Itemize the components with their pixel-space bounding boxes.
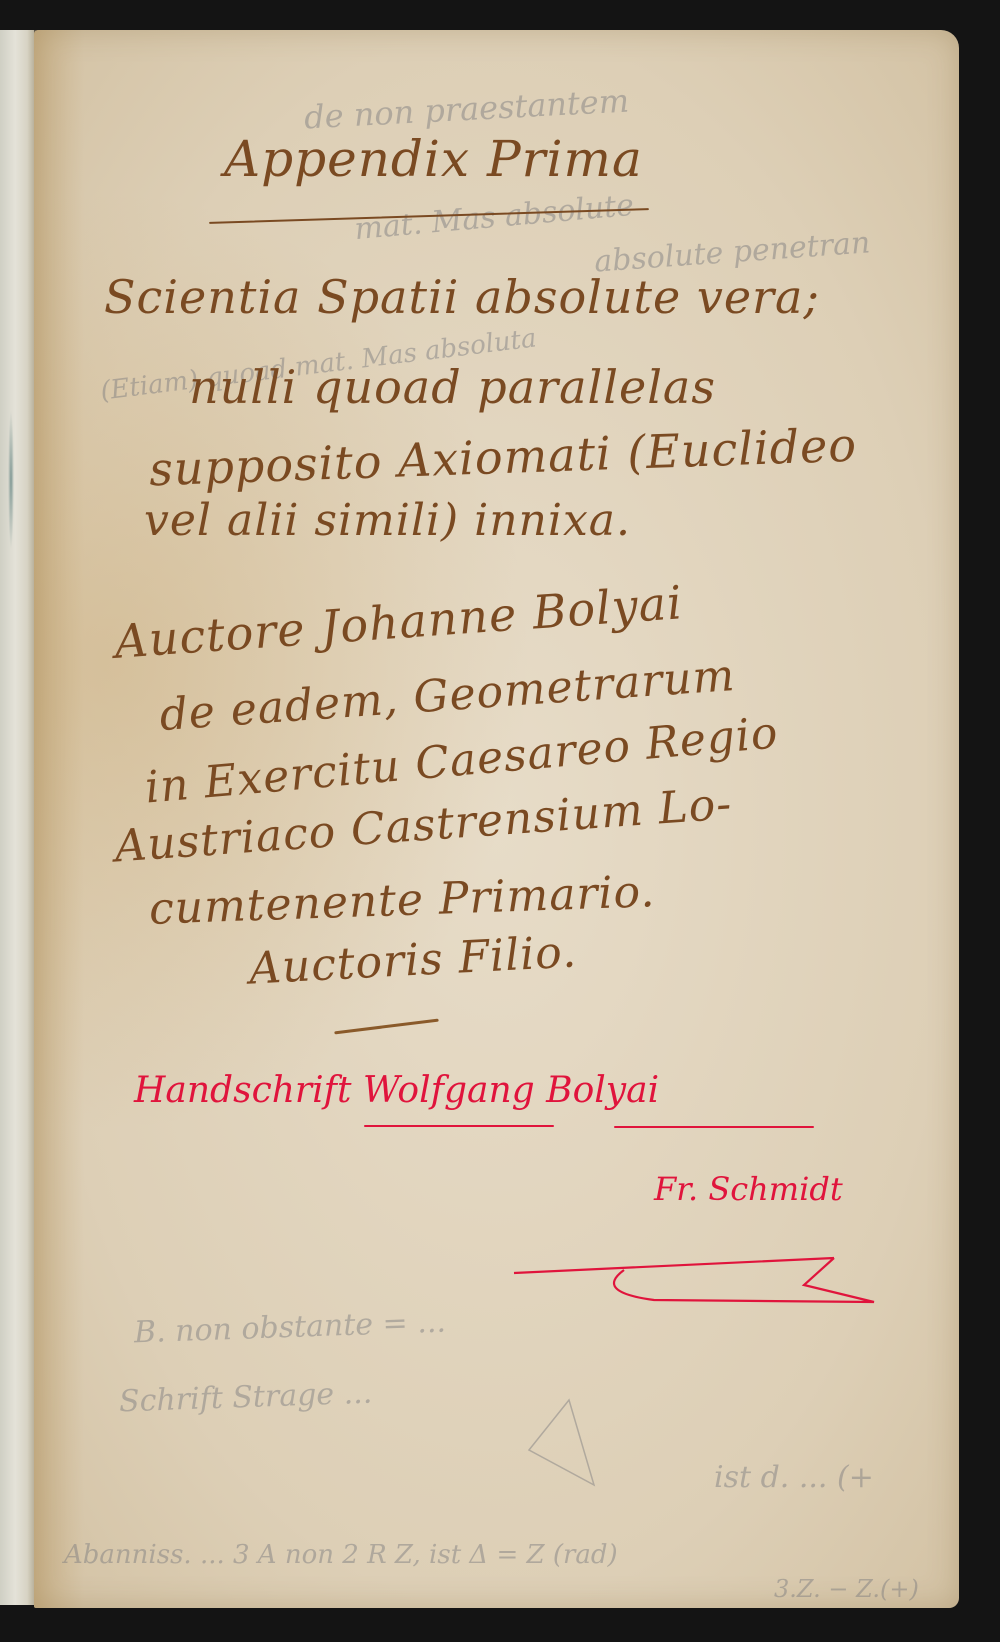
manuscript-page: de non praestantem mat. Mas absolute abs… (34, 30, 959, 1608)
signature-flourish (34, 30, 959, 1608)
book-binding-edge (0, 30, 36, 1605)
